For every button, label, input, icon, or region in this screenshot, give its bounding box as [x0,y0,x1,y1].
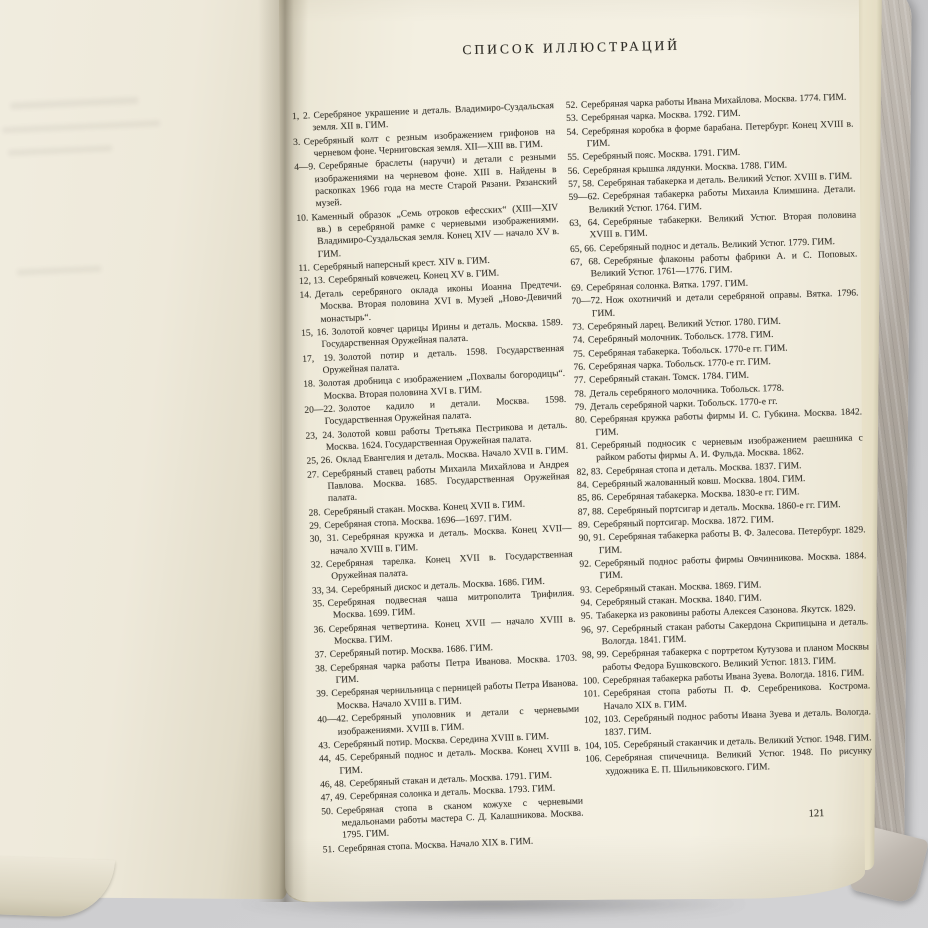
entry-number: 54. [566,127,581,137]
right-page: СПИСОК ИЛЛЮСТРАЦИЙ 1, 2.Серебряное украш… [279,0,865,902]
entry-number: 79. [575,402,590,412]
entry-number: 106. [585,754,605,765]
entry-number: 50. [321,806,337,817]
showthrough-text-ghost [2,120,160,133]
entry-text: Серебряные браслеты (наручи) и детали с … [314,152,557,209]
entry-number: 98, 99. [582,650,612,661]
entry-number: 44, 45. [319,753,351,764]
entry-number: 35. [312,599,328,610]
entry-number: 78. [574,389,589,399]
entry-number: 51. [323,844,339,855]
entry-number: 39. [316,689,332,700]
entry-number: 55. [567,153,582,163]
entry-number: 75. [573,349,588,359]
entry-number: 85, 86. [577,493,607,504]
entry-number: 4—9. [294,162,319,173]
showthrough-text-ghost [10,97,138,110]
illustration-list-column-right: 52.Серебряная чарка работы Ивана Михайло… [566,92,873,780]
entry-number: 29. [309,521,325,532]
entry-number: 95. [581,612,596,622]
entry-number: 80. [575,416,590,426]
entry-text: Каменный образок „Семь отроков ефесских“… [311,203,559,260]
entry-number: 53. [566,114,581,124]
entry-number: 11. [298,263,313,274]
page-number: 121 [808,808,824,820]
entry-number: 36. [313,625,329,636]
entry-number: 73. [572,322,587,332]
entry-number: 33, 34. [312,585,342,596]
entry-number: 76. [573,362,588,372]
entry-number: 70—72. [571,296,605,307]
entry-number: 92. [579,559,594,569]
entry-number: 82, 83. [577,467,607,478]
entry-number: 77. [574,376,589,386]
entry-number: 10. [296,213,312,224]
entry-number: 17, 19. [302,353,339,365]
entry-number: 28. [308,508,324,519]
entry-number: 27. [307,470,323,481]
entry-number: 52. [566,101,581,111]
entry-number: 43. [318,741,334,752]
entry-number: 102, 103. [584,715,624,726]
entry-number: 1, 2. [292,111,314,122]
entry-number: 15, 16. [301,327,332,338]
left-page-blank [0,0,295,899]
entry-number: 90, 91. [578,533,608,544]
book-photo: СПИСОК ИЛЛЮСТРАЦИЙ 1, 2.Серебряное украш… [0,0,928,928]
entry-number: 12, 13. [299,276,329,287]
showthrough-text-ghost [8,145,112,156]
showthrough-text-ghost [17,266,101,276]
entry-number: 81. [576,441,591,451]
entry-number: 38. [315,664,331,675]
entry-number: 63, 64. [569,218,603,229]
entry-number: 23, 24. [305,430,338,441]
left-page-block-corner [0,856,115,919]
entry-number: 100. [583,676,603,687]
entry-number: 104, 105. [585,740,624,751]
entry-number: 57, 58. [568,179,598,190]
page-title: СПИСОК ИЛЛЮСТРАЦИЙ [293,34,849,62]
entry-number: 96, 97. [581,625,612,636]
entry-number: 101. [583,690,603,701]
entry-number: 14. [299,290,315,301]
entry-number: 74. [573,336,588,346]
entry-number: 65, 66. [570,244,600,255]
entry-number: 46, 48. [320,779,350,790]
entry-number: 18. [303,379,319,390]
entry-number: 89. [578,520,593,530]
entry-number: 59—62. [568,192,602,203]
illustration-list-column-left: 1, 2.Серебряное украшение и деталь. Влад… [292,100,585,857]
entry-number: 94. [580,598,595,608]
entry-number: 20—22. [304,404,339,415]
entry-number: 25, 26. [306,456,336,467]
entry-number: 47, 49. [320,792,350,803]
entry-number: 32. [311,560,327,571]
entry-number: 30, 31. [310,534,343,545]
entry-number: 37. [314,650,330,661]
entry-number: 56. [568,166,583,176]
entry-number: 69. [571,283,586,293]
entry-number: 67, 68. [570,257,604,268]
entry-number: 87, 88. [578,507,608,518]
entry-number: 40—42. [317,714,352,725]
entry-number: 84. [577,480,592,490]
entry-number: 93. [580,585,595,595]
